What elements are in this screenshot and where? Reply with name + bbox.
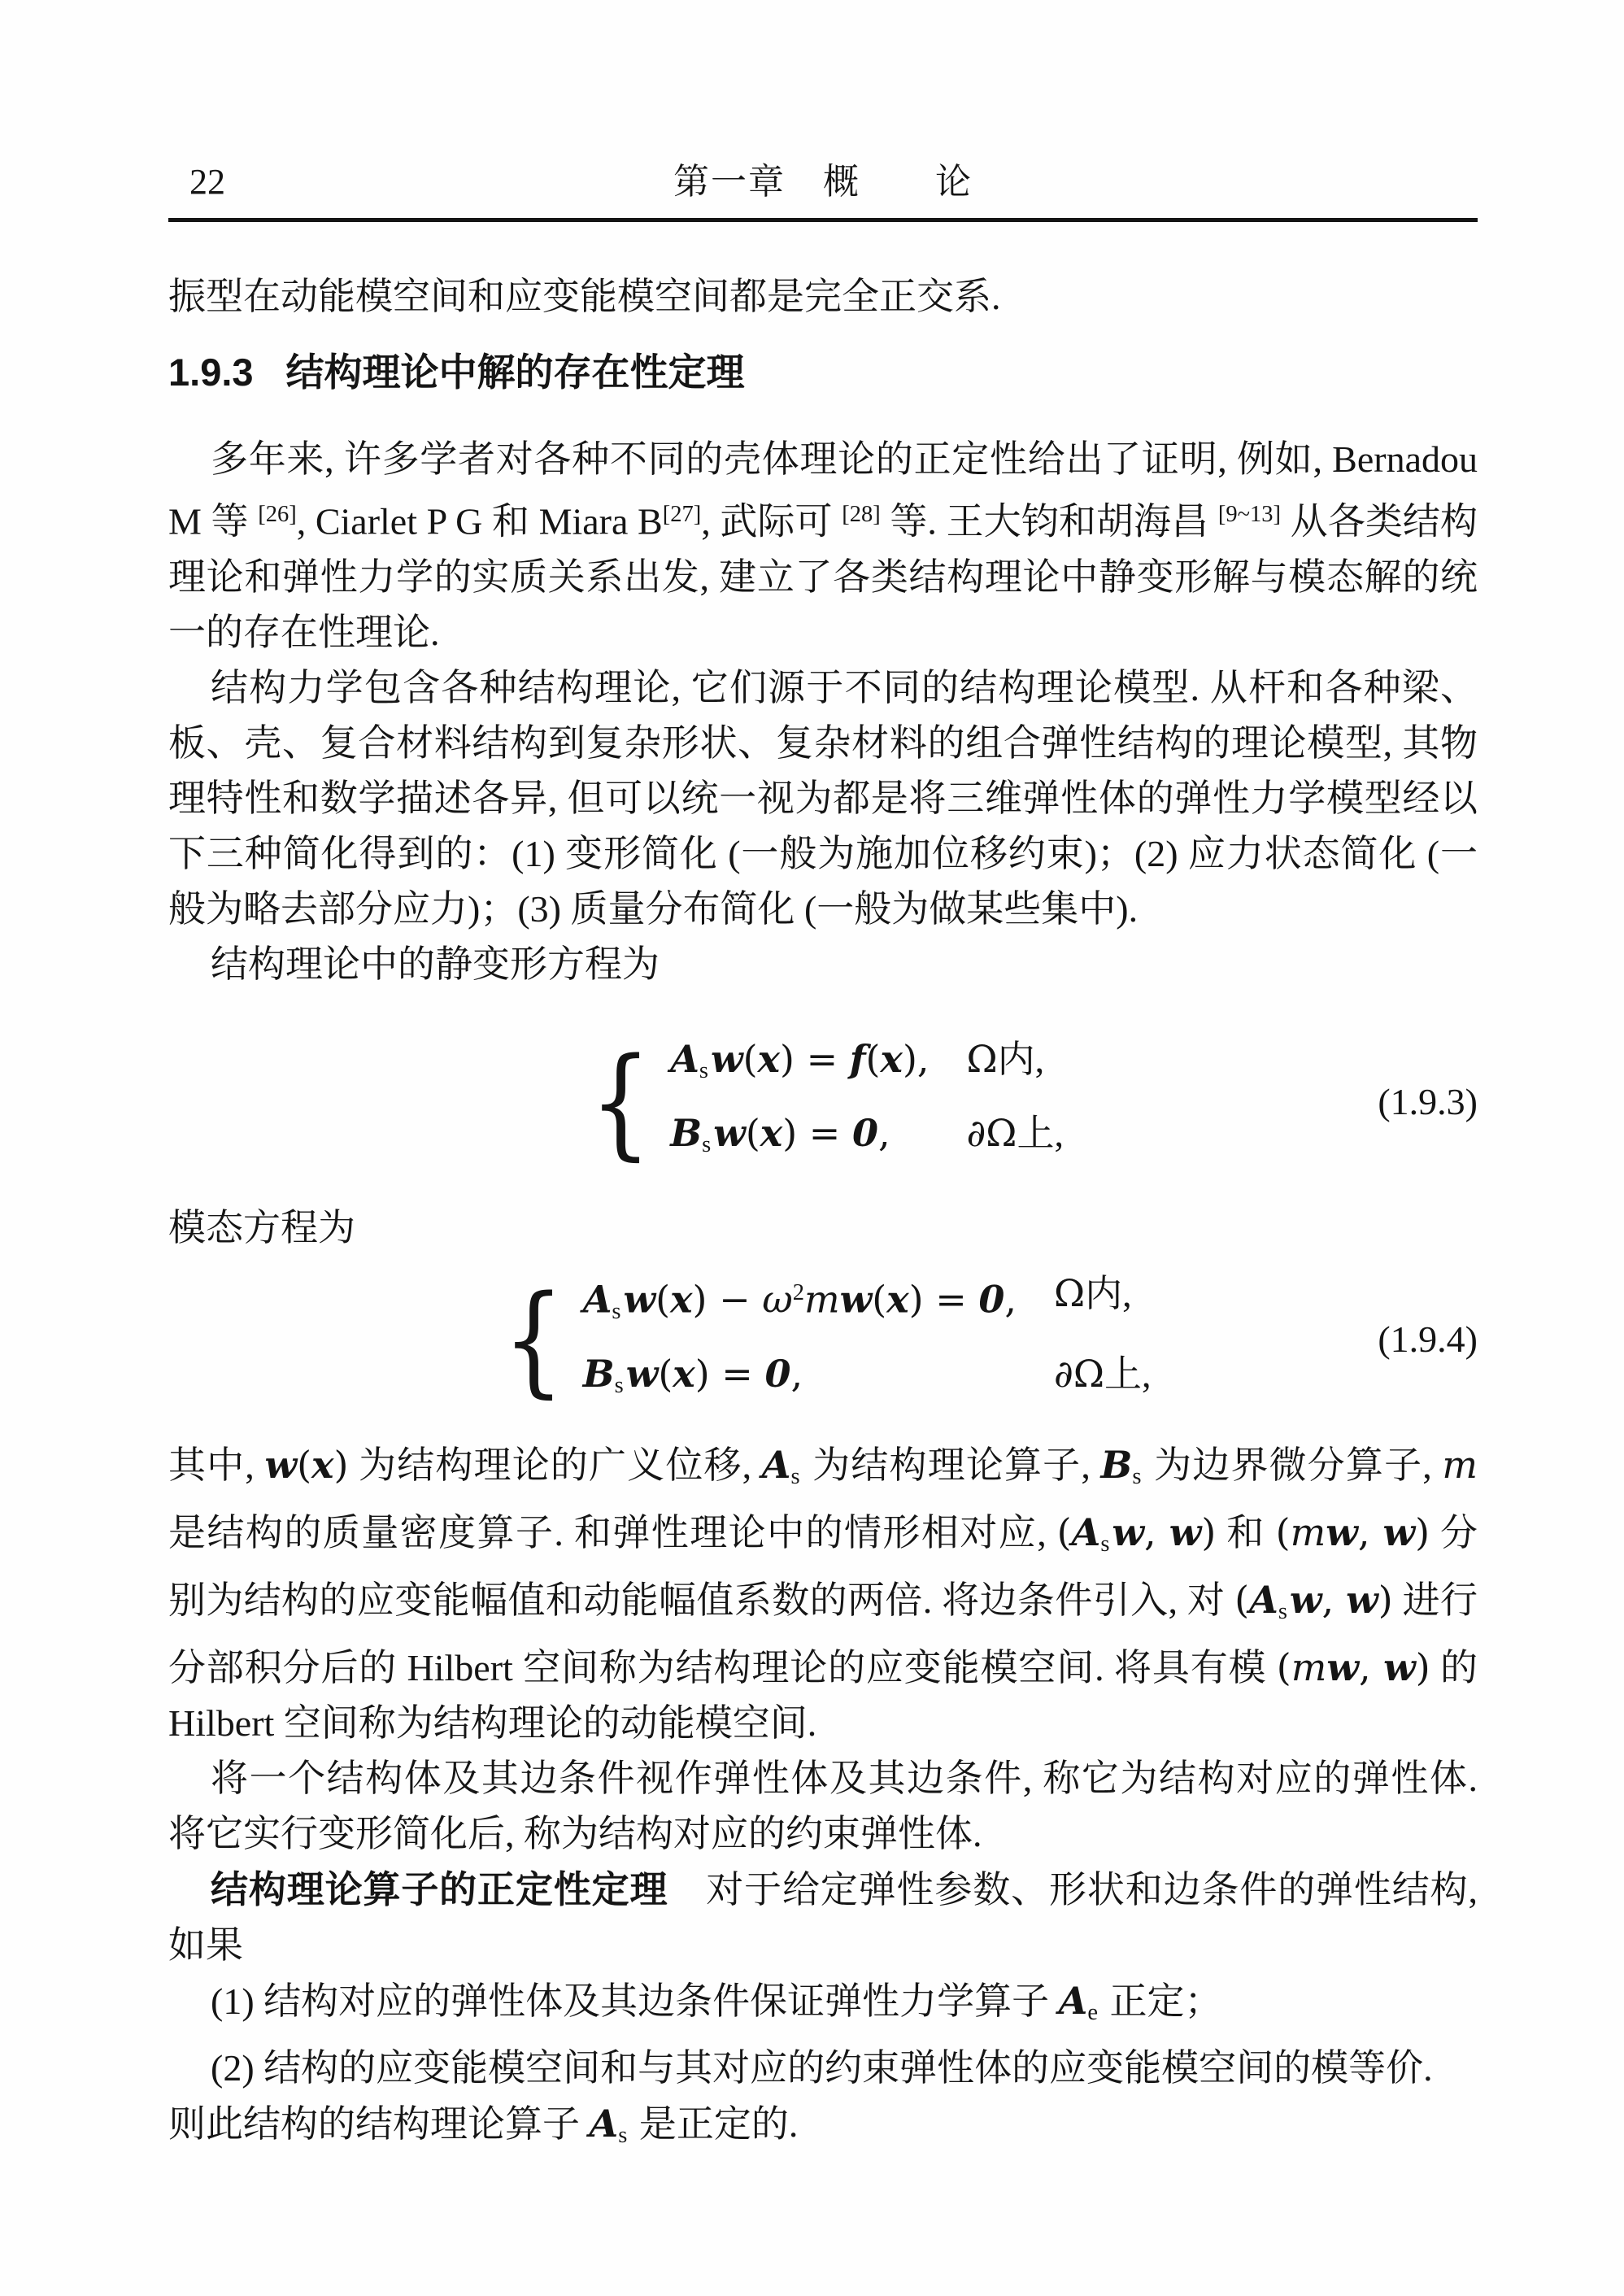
equation-number: (1.9.4): [1378, 1312, 1478, 1367]
bold-text-run: 结构理论算子的正定性定理: [211, 1868, 668, 1910]
text-run: 是结构的质量密度算子. 和弹性理论中的情形相对应,: [168, 1512, 1057, 1553]
equation-group: { Asw(x) = f(x), Ω内, Bsw(x) = 0, ∂Ω上,: [582, 1028, 1064, 1176]
math-run: ): [333, 1443, 348, 1487]
paragraph-history: 多年来, 许多学者对各种不同的壳体理论的正定性给出了证明, 例如, Bernad…: [168, 432, 1478, 660]
math-run: x: [311, 1443, 333, 1487]
text-run: 将一个结构体及其边条件视作弹性体及其边条件, 称它为结构对应的弹性体. 将它实行…: [168, 1758, 1478, 1854]
math-run: ,: [1004, 1278, 1017, 1322]
math-run: ): [1416, 1645, 1430, 1689]
math-run: A: [590, 2102, 619, 2146]
math-run: (: [866, 1037, 881, 1081]
math-run: ,: [878, 1111, 890, 1155]
paragraph-conclusion: 则此结构的结构理论算子 As 是正定的.: [168, 2096, 1478, 2163]
equation-math: Bsw(x) = 0,: [583, 1343, 1017, 1417]
equation-domain: ∂Ω上,: [1054, 1343, 1151, 1417]
text-run: 结构力学包含各种结构理论, 它们源于不同的结构理论模型. 从杆和各种梁、板、壳、…: [168, 667, 1478, 930]
paragraph-condition-2: (2) 结构的应变能模空间和与其对应的约束弹性体的应变能模空间的模等价.: [168, 2041, 1478, 2096]
math-run: ,: [1144, 1510, 1169, 1554]
math-run: A: [762, 1443, 791, 1487]
math-run: w: [1383, 1510, 1416, 1554]
text-run: 内,: [1085, 1273, 1132, 1314]
math-run: x: [758, 1037, 780, 1081]
math-run: x: [886, 1278, 908, 1322]
left-brace-icon: {: [503, 1279, 564, 1400]
math-run: w: [711, 1037, 743, 1081]
math-run: ,: [1322, 1578, 1347, 1622]
math-run: ): [1201, 1510, 1216, 1554]
text-run: 内,: [998, 1039, 1045, 1080]
math-run: w: [1346, 1578, 1378, 1622]
math-run: m: [1291, 1645, 1327, 1689]
text-run: 上,: [1017, 1113, 1064, 1154]
math-run: B: [583, 1352, 615, 1396]
math-run: (: [297, 1443, 311, 1487]
math-run: w: [264, 1443, 297, 1487]
math-run: x: [881, 1037, 903, 1081]
paragraph-static-equation-lead: 结构理论中的静变形方程为: [168, 937, 1478, 992]
math-run: ): [1378, 1578, 1393, 1622]
math-run: m: [1291, 1510, 1326, 1554]
math-run: (: [1234, 1578, 1249, 1622]
math-run: f: [850, 1037, 866, 1081]
paragraph-structural-mechanics: 结构力学包含各种结构理论, 它们源于不同的结构理论模型. 从杆和各种梁、板、壳、…: [168, 660, 1478, 937]
math-run: m: [1442, 1443, 1478, 1487]
math-run: ω: [762, 1278, 793, 1322]
equation-math: Asw(x) = f(x),: [670, 1028, 929, 1102]
superscript-reference: 2: [793, 1280, 804, 1305]
math-run: ),: [903, 1037, 930, 1081]
text-run: 等. 王大钧和胡海昌: [881, 501, 1218, 542]
math-run: w: [1290, 1578, 1322, 1622]
math-run: B: [1101, 1443, 1133, 1487]
text-run: 振型在动能模空间和应变能模空间都是完全正交系.: [168, 276, 1001, 317]
text-run: 和: [1216, 1512, 1275, 1553]
math-run: ): [1415, 1510, 1430, 1554]
math-run: Ω: [967, 1037, 998, 1081]
math-run: ) =: [780, 1037, 850, 1081]
superscript-reference: [26]: [258, 502, 297, 527]
equation-static-deformation: { Asw(x) = f(x), Ω内, Bsw(x) = 0, ∂Ω上, (1…: [168, 1028, 1478, 1176]
math-subscript: s: [615, 1373, 624, 1398]
math-run: m: [804, 1278, 840, 1322]
math-run: 0: [764, 1352, 790, 1396]
math-run: A: [583, 1278, 612, 1322]
math-run: A: [1249, 1578, 1278, 1622]
math-run: w: [1112, 1510, 1144, 1554]
text-run: 为结构理论的广义位移,: [348, 1444, 761, 1486]
math-run: Ω: [1054, 1271, 1085, 1315]
page-header: 22 第一章 概 论: [168, 163, 1478, 222]
math-run: x: [670, 1278, 692, 1322]
chapter-header-title: 第一章 概 论: [168, 163, 1478, 202]
section-title: 结构理论中解的存在性定理: [286, 351, 745, 394]
left-brace-icon: {: [590, 1042, 651, 1162]
math-run: B: [670, 1111, 702, 1155]
math-run: ) =: [782, 1111, 852, 1155]
math-run: (: [1277, 1645, 1291, 1689]
paragraph-notation-explanation: 其中, w(x) 为结构理论的广义位移, As 为结构理论算子, Bs 为边界微…: [168, 1437, 1478, 1751]
math-run: (: [655, 1278, 670, 1322]
superscript-reference: [28]: [842, 502, 881, 527]
superscript-reference: [9~13]: [1218, 502, 1281, 527]
paragraph-modal-equation-lead: 模态方程为: [168, 1200, 1478, 1256]
text-run: 模态方程为: [168, 1207, 355, 1248]
text-run: , 武际可: [701, 501, 842, 542]
math-run: 0: [852, 1111, 878, 1155]
text-run: 为边界微分算子,: [1144, 1444, 1443, 1486]
math-run: A: [670, 1037, 699, 1081]
section-heading: 1.9.3结构理论中解的存在性定理: [168, 345, 1478, 400]
math-subscript: s: [1132, 1464, 1141, 1489]
text-run: , Ciarlet P G 和 Miara B: [297, 501, 663, 542]
text-run: (1) 结构对应的弹性体及其边条件保证弹性力学算子: [211, 1980, 1059, 2022]
math-subscript: s: [702, 1132, 711, 1157]
math-subscript: s: [612, 1299, 620, 1324]
math-run: w: [713, 1111, 746, 1155]
math-run: x: [760, 1111, 782, 1155]
math-run: ) =: [695, 1352, 765, 1396]
math-run: w: [1169, 1510, 1202, 1554]
math-run: A: [1059, 1979, 1088, 2023]
math-run: (: [743, 1037, 758, 1081]
intro-paragraph: 振型在动能模空间和应变能模空间都是完全正交系.: [168, 269, 1478, 325]
paragraph-condition-1: (1) 结构对应的弹性体及其边条件保证弹性力学算子 Ae 正定；: [168, 1973, 1478, 2041]
math-run: w: [1326, 1645, 1359, 1689]
math-run: w: [1383, 1645, 1416, 1689]
equation-domain: Ω内,: [1054, 1262, 1151, 1343]
math-run: (: [872, 1278, 886, 1322]
math-run: ) −: [693, 1278, 763, 1322]
equation-math: Asw(x) − ω2mw(x) = 0,: [583, 1262, 1017, 1343]
equation-modal: { Asw(x) − ω2mw(x) = 0, Ω内, Bsw(x) = 0, …: [168, 1262, 1478, 1417]
math-run: w: [840, 1278, 873, 1322]
math-run: ∂Ω: [1054, 1352, 1104, 1396]
text-run: 是正定的.: [629, 2103, 798, 2145]
math-subscript: s: [618, 2123, 627, 2148]
equation-domain: ∂Ω上,: [967, 1102, 1064, 1176]
page-content: 振型在动能模空间和应变能模空间都是完全正交系. 1.9.3结构理论中解的存在性定…: [168, 269, 1478, 2163]
math-run: ,: [1358, 1510, 1383, 1554]
math-run: (: [746, 1111, 760, 1155]
text-run: 则此结构的结构理论算子: [168, 2103, 590, 2145]
math-subscript: s: [699, 1058, 708, 1083]
math-run: ,: [1359, 1645, 1383, 1689]
text-run: 结构理论中的静变形方程为: [211, 943, 660, 985]
math-run: (: [658, 1352, 673, 1396]
math-run: (: [1057, 1510, 1072, 1554]
math-subscript: s: [1100, 1531, 1109, 1557]
math-subscript: s: [790, 1464, 799, 1489]
math-run: ,: [790, 1352, 803, 1396]
math-run: ∂Ω: [967, 1111, 1017, 1155]
section-number: 1.9.3: [168, 351, 254, 394]
text-run: 其中,: [168, 1444, 264, 1486]
paragraph-corresponding-elastic-body: 将一个结构体及其边条件视作弹性体及其边条件, 称它为结构对应的弹性体. 将它实行…: [168, 1751, 1478, 1862]
book-page: 22 第一章 概 论 振型在动能模空间和应变能模空间都是完全正交系. 1.9.3…: [0, 0, 1624, 2296]
math-subscript: s: [1278, 1599, 1287, 1624]
equation-rows: Asw(x) = f(x), Ω内, Bsw(x) = 0, ∂Ω上,: [670, 1028, 1064, 1176]
math-run: w: [1326, 1510, 1358, 1554]
math-run: w: [626, 1352, 659, 1396]
math-run: x: [673, 1352, 694, 1396]
equation-group: { Asw(x) − ω2mw(x) = 0, Ω内, Bsw(x) = 0, …: [495, 1262, 1152, 1417]
equation-number: (1.9.3): [1378, 1074, 1478, 1130]
superscript-reference: [27]: [663, 502, 702, 527]
text-run: (2) 结构的应变能模空间和与其对应的约束弹性体的应变能模空间的模等价.: [211, 2047, 1433, 2089]
equation-math: Bsw(x) = 0,: [670, 1102, 929, 1176]
paragraph-theorem-statement: 结构理论算子的正定性定理 对于给定弹性参数、形状和边条件的弹性结构, 如果: [168, 1862, 1478, 1973]
equation-rows: Asw(x) − ω2mw(x) = 0, Ω内, Bsw(x) = 0, ∂Ω…: [583, 1262, 1152, 1417]
text-run: 上,: [1104, 1353, 1152, 1395]
equation-domain: Ω内,: [967, 1028, 1064, 1102]
math-run: (: [1276, 1510, 1291, 1554]
math-run: A: [1072, 1510, 1101, 1554]
math-run: ) =: [909, 1278, 979, 1322]
math-run: w: [624, 1278, 656, 1322]
math-subscript: e: [1087, 2000, 1098, 2025]
math-run: 0: [978, 1278, 1004, 1322]
text-run: 正定；: [1100, 1980, 1222, 2022]
text-run: 为结构理论算子,: [803, 1444, 1101, 1486]
